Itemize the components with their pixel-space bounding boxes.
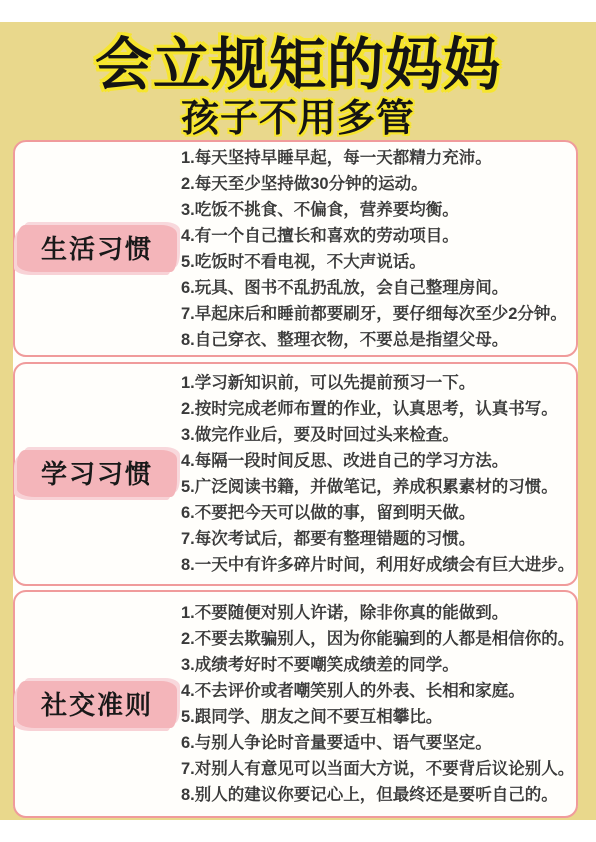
poster-subtitle: 孩子不用多管 <box>0 99 596 140</box>
rule-item: 6.与别人争论时音量要适中、语气要坚定。 <box>181 730 574 756</box>
rule-item: 2.每天至少坚持做30分钟的运动。 <box>181 171 574 197</box>
rule-item: 2.不要去欺骗别人，因为你能骗到的人都是相信你的。 <box>181 626 574 652</box>
rule-list: 1.学习新知识前，可以先提前预习一下。 2.按时完成老师布置的作业，认真思考，认… <box>181 364 576 584</box>
rule-list: 1.不要随便对别人许诺，除非你真的能做到。 2.不要去欺骗别人，因为你能骗到的人… <box>181 592 576 816</box>
section-card-study-habits: 学习习惯 1.学习新知识前，可以先提前预习一下。 2.按时完成老师布置的作业，认… <box>13 362 578 586</box>
rule-item: 8.别人的建议你要记心上，但最终还是要听自己的。 <box>181 782 574 808</box>
rule-item: 1.不要随便对别人许诺，除非你真的能做到。 <box>181 600 574 626</box>
section-label-column: 学习习惯 <box>15 364 181 584</box>
section-label: 社交准则 <box>41 690 153 720</box>
rule-item: 4.有一个自己擅长和喜欢的劳动项目。 <box>181 223 574 249</box>
section-label-column: 社交准则 <box>15 592 181 816</box>
rule-item: 3.做完作业后，要及时回过头来检查。 <box>181 422 574 448</box>
rule-item: 6.不要把今天可以做的事，留到明天做。 <box>181 500 574 526</box>
poster-page: 会立规矩的妈妈 孩子不用多管 生活习惯 1.每天坚持早睡早起，每一天都精力充沛。… <box>0 0 596 842</box>
sections-container: 生活习惯 1.每天坚持早睡早起，每一天都精力充沛。 2.每天至少坚持做30分钟的… <box>13 140 578 818</box>
rule-item: 2.按时完成老师布置的作业，认真思考，认真书写。 <box>181 396 574 422</box>
rule-item: 5.吃饭时不看电视，不大声说话。 <box>181 249 574 275</box>
section-label-column: 生活习惯 <box>15 142 181 355</box>
rule-item: 3.吃饭不挑食、不偏食，营养要均衡。 <box>181 197 574 223</box>
rule-item: 7.对别人有意见可以当面大方说，不要背后议论别人。 <box>181 756 574 782</box>
rule-item: 3.成绩考好时不要嘲笑成绩差的同学。 <box>181 652 574 678</box>
section-label: 生活习惯 <box>41 234 153 264</box>
rule-item: 8.自己穿衣、整理衣物，不要总是指望父母。 <box>181 327 574 353</box>
rule-item: 7.每次考试后，都要有整理错题的习惯。 <box>181 526 574 552</box>
rule-item: 1.学习新知识前，可以先提前预习一下。 <box>181 370 574 396</box>
label-brush-highlight: 生活习惯 <box>17 225 177 272</box>
section-card-life-habits: 生活习惯 1.每天坚持早睡早起，每一天都精力充沛。 2.每天至少坚持做30分钟的… <box>13 140 578 357</box>
rule-item: 5.跟同学、朋友之间不要互相攀比。 <box>181 704 574 730</box>
rule-item: 1.每天坚持早睡早起，每一天都精力充沛。 <box>181 145 574 171</box>
rule-item: 8.一天中有许多碎片时间，利用好成绩会有巨大进步。 <box>181 552 574 578</box>
rule-item: 6.玩具、图书不乱扔乱放，会自己整理房间。 <box>181 275 574 301</box>
section-card-social-rules: 社交准则 1.不要随便对别人许诺，除非你真的能做到。 2.不要去欺骗别人，因为你… <box>13 590 578 818</box>
section-label: 学习习惯 <box>41 459 153 489</box>
rule-item: 4.每隔一段时间反思、改进自己的学习方法。 <box>181 448 574 474</box>
rule-list: 1.每天坚持早睡早起，每一天都精力充沛。 2.每天至少坚持做30分钟的运动。 3… <box>181 142 576 355</box>
rule-item: 7.早起床后和睡前都要刷牙，要仔细每次至少2分钟。 <box>181 301 574 327</box>
poster-background: 会立规矩的妈妈 孩子不用多管 生活习惯 1.每天坚持早睡早起，每一天都精力充沛。… <box>0 22 596 820</box>
label-brush-highlight: 社交准则 <box>17 681 177 728</box>
rule-item: 5.广泛阅读书籍，并做笔记，养成积累素材的习惯。 <box>181 474 574 500</box>
rule-item: 4.不去评价或者嘲笑别人的外表、长相和家庭。 <box>181 678 574 704</box>
poster-title: 会立规矩的妈妈 <box>0 31 596 99</box>
label-brush-highlight: 学习习惯 <box>17 450 177 497</box>
